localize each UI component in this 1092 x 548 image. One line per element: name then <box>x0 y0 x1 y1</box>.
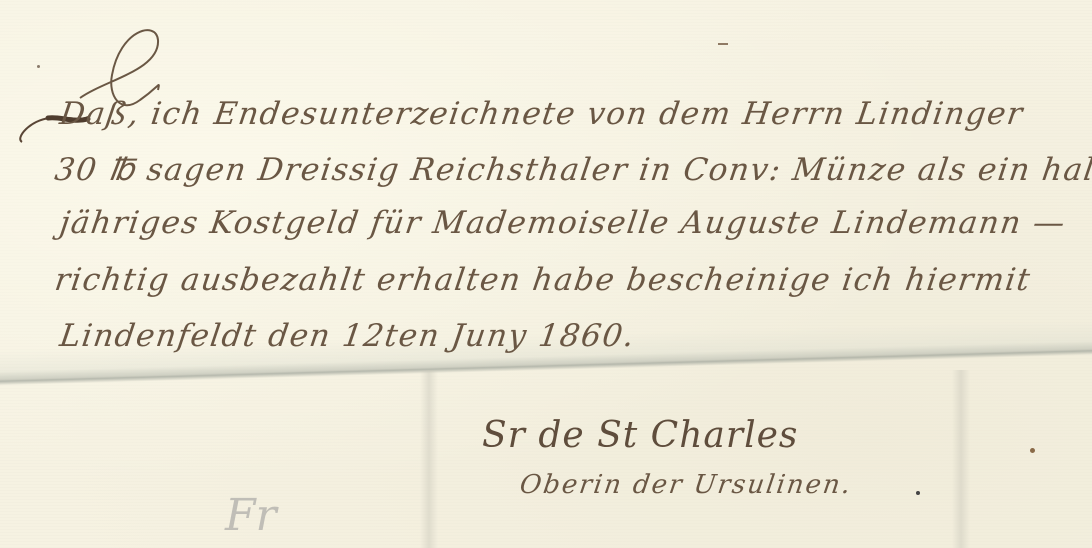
vertical-crease-left <box>420 370 438 548</box>
pencil-annotation: Fr <box>225 490 277 541</box>
ink-spot <box>916 491 920 495</box>
document-page: Daß, ich Endesunterzeichnete von dem Her… <box>0 0 1092 548</box>
top-dash-mark <box>718 43 728 45</box>
text-line-5-date: Lindenfeldt den 12ten Juny 1860. <box>57 318 637 354</box>
ink-spot <box>1030 448 1035 453</box>
text-line-1: Daß, ich Endesunterzeichnete von dem Her… <box>57 96 1026 132</box>
text-line-2: 30 ℔ sagen Dreissig Reichsthaler in Conv… <box>52 152 1092 188</box>
text-line-3: jähriges Kostgeld für Mademoiselle Augus… <box>57 205 1068 241</box>
signature-name: Sr de St Charles <box>482 415 798 456</box>
vertical-crease-right <box>952 370 970 548</box>
signature-title: Oberin der Ursulinen. <box>518 470 854 500</box>
ink-spot <box>37 65 40 68</box>
text-line-4: richtig ausbezahlt erhalten habe beschei… <box>52 262 1033 298</box>
